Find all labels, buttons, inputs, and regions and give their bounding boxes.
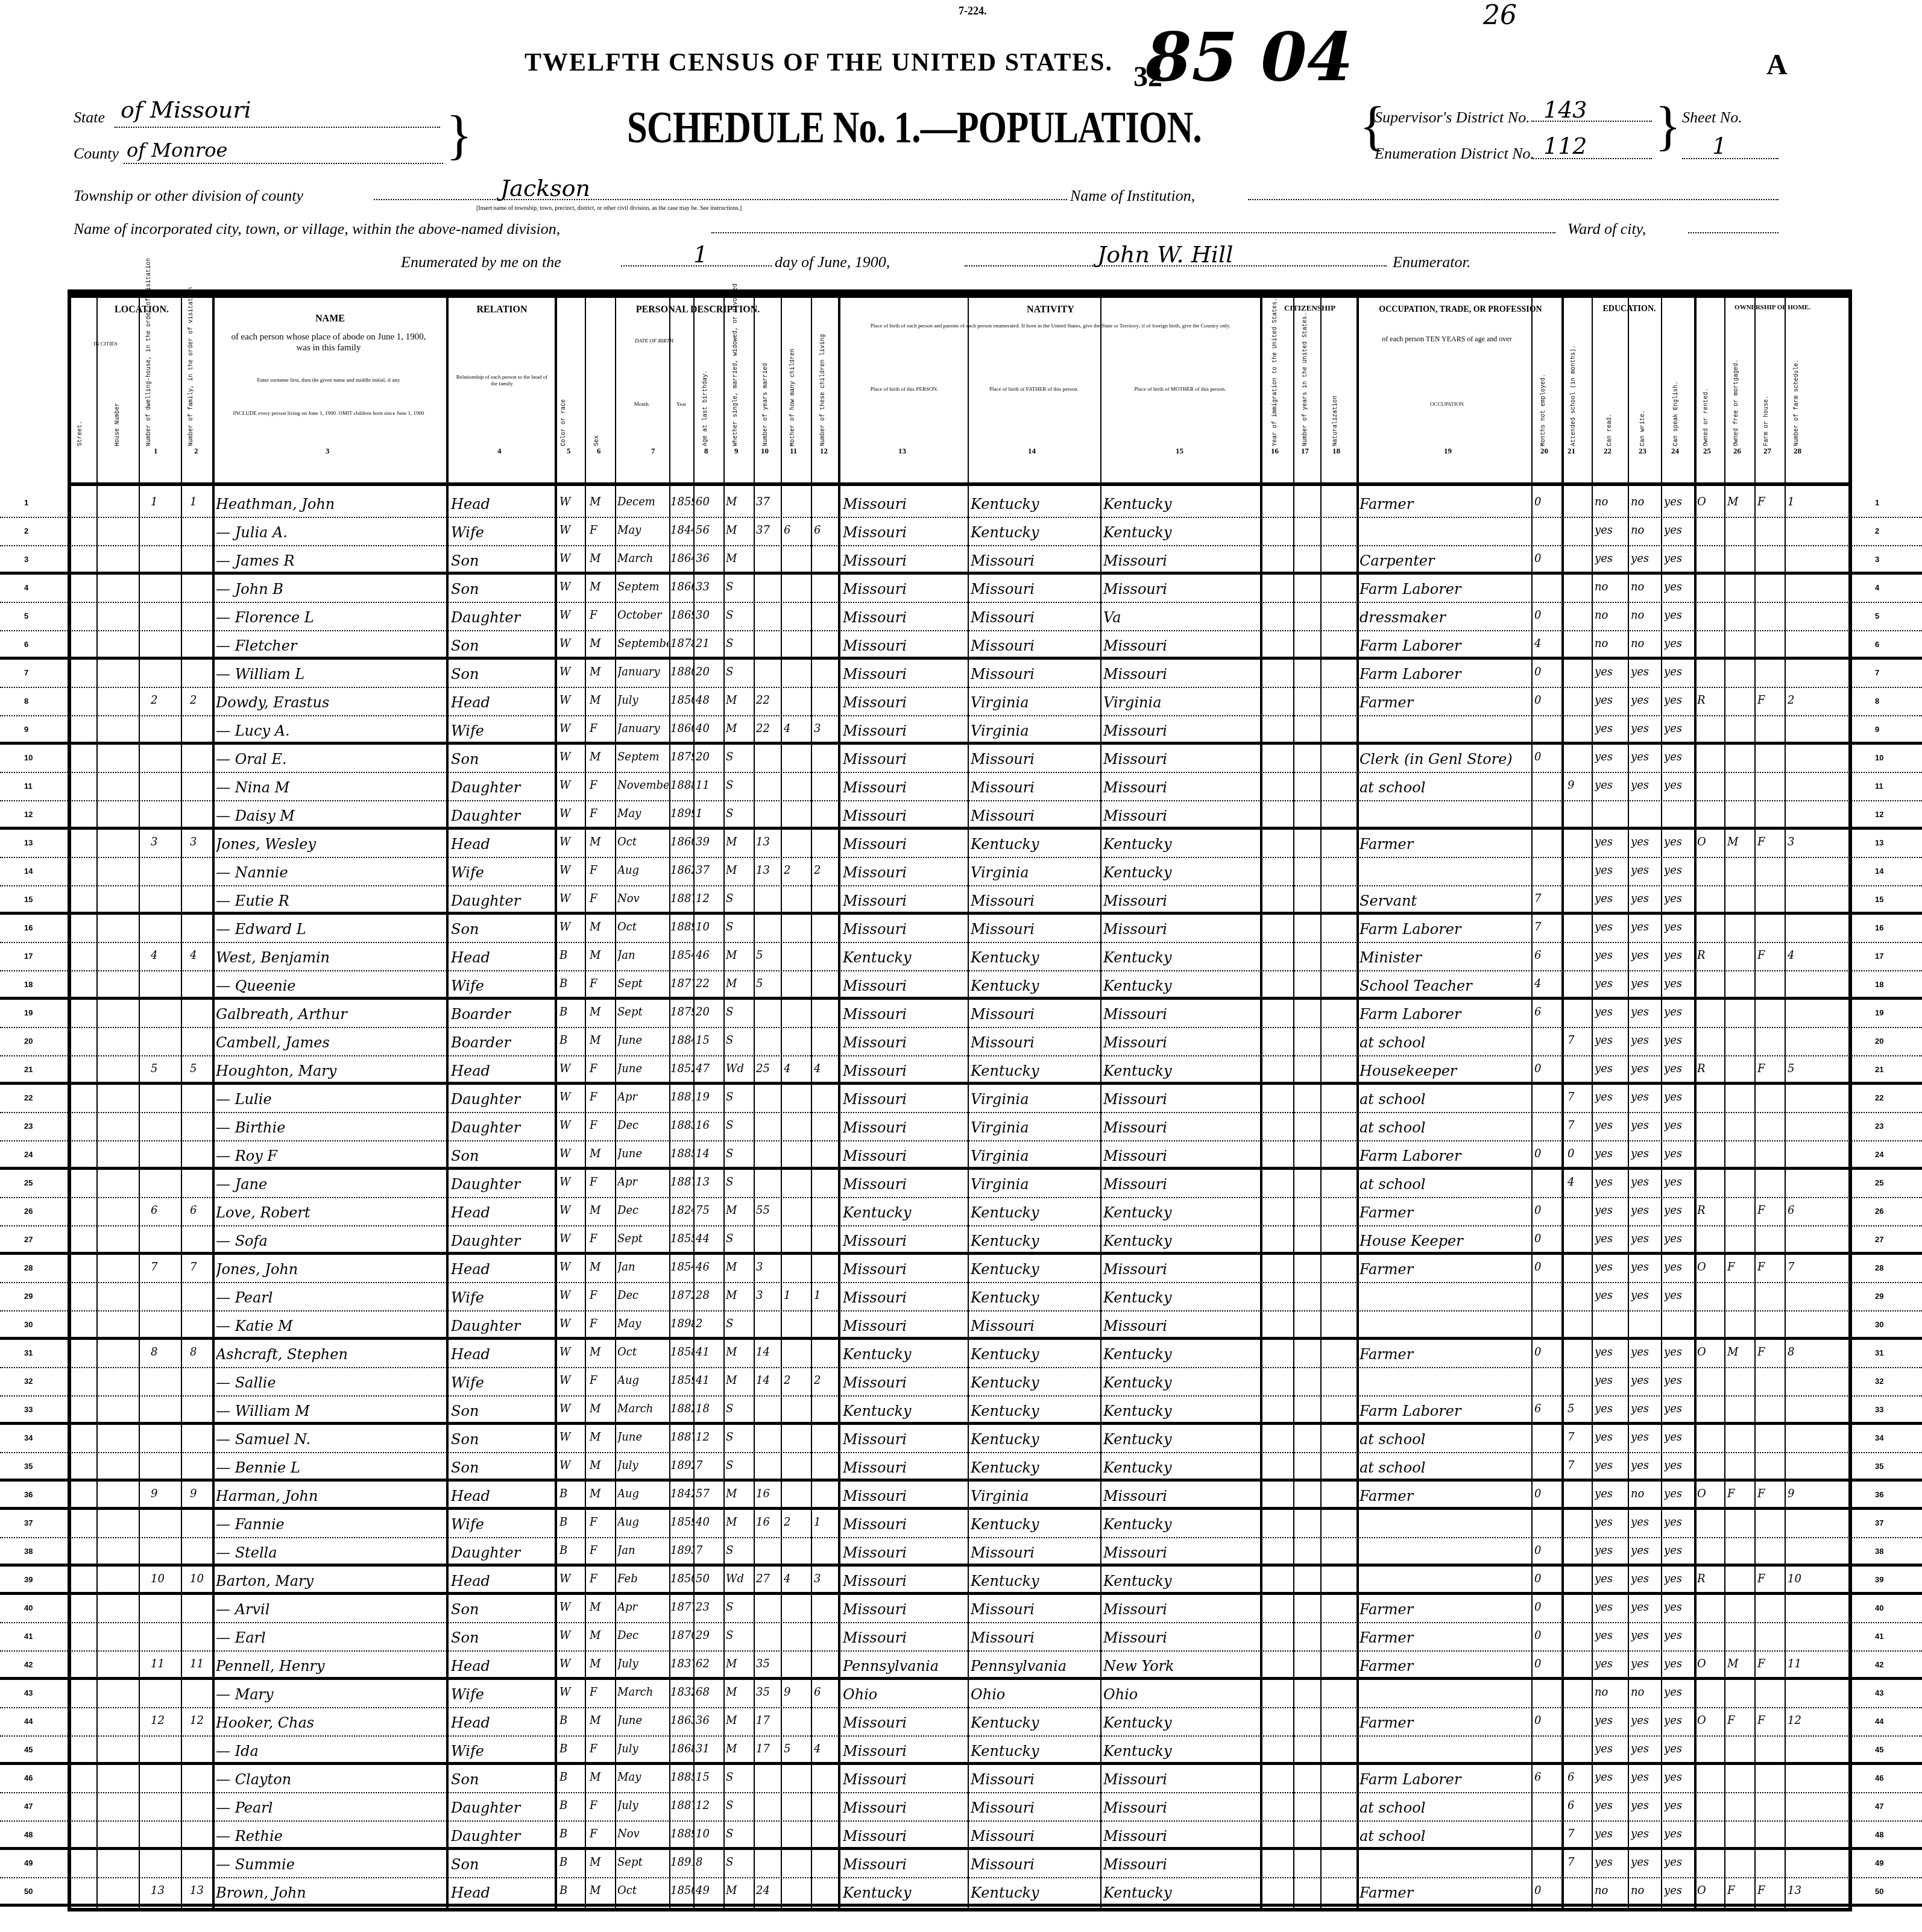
line-number-right: 28 (1875, 1263, 1883, 1272)
cell-fam: 1 (190, 496, 214, 508)
cell-bp: Missouri (843, 1261, 966, 1278)
cell-moc: 9 (784, 1686, 809, 1699)
cell-bm: Kentucky (1103, 864, 1257, 881)
cell-sch: 7 (1568, 1091, 1590, 1103)
line-number-right: 30 (1875, 1320, 1883, 1329)
line-number: 5 (24, 611, 28, 620)
cell-read: yes (1595, 1601, 1626, 1614)
cell-bf: Kentucky (971, 524, 1099, 541)
cell-sex: M (590, 581, 614, 593)
cell-bm: New York (1103, 1658, 1257, 1675)
cell-age: 7 (696, 1459, 722, 1472)
cell-color: W (559, 1403, 584, 1415)
cell-speak: yes (1664, 949, 1693, 962)
cell-fh: F (1757, 1062, 1783, 1075)
cell-fam: 2 (190, 694, 214, 707)
cell-speak: yes (1664, 1488, 1693, 1500)
cell-name: — Nannie (216, 864, 445, 881)
cell-occ: Carpenter (1360, 552, 1530, 569)
table-row: 1111— Nina MDaughterWFNovember188811SMis… (0, 773, 1922, 801)
cell-read: yes (1595, 722, 1626, 735)
hdr-occupation-desc: of each person TEN YEARS of age and over (1363, 335, 1531, 344)
cell-read: yes (1595, 1629, 1626, 1642)
cell-name: Cambell, James (216, 1034, 445, 1051)
cell-year: 1866 (670, 581, 693, 593)
hdr-name-instr2: INCLUDE every person living on June 1, 1… (226, 410, 431, 417)
enumerated-prefix: Enumerated by me on the (401, 253, 561, 271)
archive-stamp: 85 04 (1145, 18, 1353, 96)
cell-year: 1879 (670, 751, 693, 763)
cell-rel: Son (451, 1629, 553, 1646)
cell-rel: Wife (451, 864, 553, 881)
cell-own: O (1697, 1658, 1722, 1670)
cell-age: 23 (696, 1601, 722, 1614)
cell-bf: Virginia (971, 1488, 1099, 1504)
cell-ym: 27 (756, 1573, 780, 1585)
cell-bp: Missouri (843, 1119, 966, 1136)
cell-fh: F (1757, 1488, 1783, 1500)
cell-mu: 0 (1534, 1601, 1558, 1614)
cell-bp: Missouri (843, 1289, 966, 1306)
cell-speak: yes (1664, 1374, 1693, 1387)
cell-age: 2 (696, 1318, 722, 1330)
cell-name: — Samuel N. (216, 1431, 445, 1448)
cell-write: yes (1631, 1601, 1660, 1614)
cell-age: 30 (696, 609, 722, 622)
hdr-owned-rented: Owned or rented. (1703, 362, 1710, 446)
cell-fh: F (1757, 836, 1783, 848)
cell-write: yes (1631, 1006, 1660, 1018)
cell-month: June (617, 1148, 669, 1160)
cell-mar: S (726, 1771, 752, 1784)
cell-read: yes (1595, 1573, 1626, 1585)
cell-color: W (559, 1573, 584, 1585)
line-number-right: 25 (1875, 1178, 1883, 1187)
cell-mu: 0 (1534, 552, 1558, 565)
cell-name: Heathman, John (216, 496, 445, 513)
county-label: County (74, 145, 119, 163)
cell-read: yes (1595, 921, 1626, 933)
cell-read: yes (1595, 779, 1626, 792)
cell-rel: Head (451, 1658, 553, 1675)
cell-sch: 7 (1568, 1828, 1590, 1840)
cell-sch: 7 (1568, 1431, 1590, 1444)
cell-age: 8 (696, 1856, 722, 1869)
cell-name: Harman, John (216, 1488, 445, 1504)
cell-name: — Pearl (216, 1799, 445, 1816)
cell-year: 1877 (670, 1601, 693, 1614)
cell-age: 13 (696, 1176, 722, 1189)
cell-occ: Farm Laborer (1360, 637, 1530, 654)
cell-bf: Kentucky (971, 1459, 1099, 1476)
cell-read: yes (1595, 524, 1626, 537)
cell-write: yes (1631, 722, 1660, 735)
cell-read: yes (1595, 1431, 1626, 1444)
cell-rel: Wife (451, 1289, 553, 1306)
cell-mu: 0 (1534, 1233, 1558, 1245)
table-row: 171744West, BenjaminHeadBMJan185446M5Ken… (0, 943, 1922, 971)
line-number: 6 (24, 640, 28, 649)
cell-bf: Virginia (971, 1119, 1099, 1136)
cell-bm: Ohio (1103, 1686, 1257, 1703)
cell-mar: S (726, 637, 752, 650)
cell-write: yes (1631, 1516, 1660, 1529)
cell-write: yes (1631, 1544, 1660, 1557)
cell-fh: F (1757, 1658, 1783, 1670)
cell-speak: yes (1664, 1346, 1693, 1359)
cell-ym: 17 (756, 1743, 780, 1755)
cell-age: 20 (696, 666, 722, 678)
col-num: 17 (1301, 446, 1309, 456)
enumerated-suffix: day of June, 1900, (775, 253, 890, 271)
cell-dw: 10 (151, 1573, 175, 1585)
cell-month: March (617, 552, 669, 565)
cell-ym: 5 (756, 949, 780, 962)
cell-month: Apr (617, 1091, 669, 1103)
cell-sex: F (590, 807, 614, 820)
cell-month: Jan (617, 1261, 669, 1274)
cell-bp: Missouri (843, 779, 966, 796)
cell-bm: Kentucky (1103, 1289, 1257, 1306)
cell-color: B (559, 977, 584, 990)
table-row: 33— James RSonWMMarch186436MMissouriMiss… (0, 546, 1922, 575)
line-number-right: 1 (1875, 498, 1879, 507)
sheet-letter: A (1766, 48, 1788, 81)
cell-color: W (559, 1261, 584, 1274)
cell-bf: Missouri (971, 779, 1099, 796)
line-number: 30 (24, 1320, 33, 1329)
cell-read: no (1595, 1686, 1626, 1699)
line-number: 4 (24, 583, 28, 592)
hdr-free-mortgaged: Owned free or mortgaged. (1733, 338, 1740, 446)
table-row: 363699Harman, JohnHeadBMAug184257M16Miss… (0, 1482, 1922, 1510)
cell-read: yes (1595, 1459, 1626, 1472)
cell-sch: 0 (1568, 1148, 1590, 1160)
cell-mar: Wd (726, 1062, 752, 1075)
cell-moc: 2 (784, 1516, 809, 1529)
cell-color: W (559, 581, 584, 593)
cell-occ: Farmer (1360, 1488, 1530, 1504)
cell-ym: 14 (756, 1374, 780, 1387)
hdr-dwelling: Number of dwelling-house, in the order o… (146, 332, 153, 446)
cell-cl: 2 (814, 1374, 837, 1387)
cell-ym: 22 (756, 694, 780, 707)
cell-name: — Eutie R (216, 892, 445, 909)
cell-write: yes (1631, 1148, 1660, 1160)
cell-sch: 9 (1568, 779, 1590, 792)
cell-ym: 14 (756, 1346, 780, 1359)
cell-rel: Son (451, 1601, 553, 1618)
cell-bm: Kentucky (1103, 1573, 1257, 1589)
cell-name: — Lulie (216, 1091, 445, 1108)
cell-name: — Julia A. (216, 524, 445, 541)
cell-bp: Missouri (843, 722, 966, 739)
cell-write: yes (1631, 1119, 1660, 1132)
cell-sex: F (590, 1828, 614, 1840)
cell-dw: 13 (151, 1884, 175, 1897)
cell-mu: 6 (1534, 1771, 1558, 1784)
table-row: 262666Love, RobertHeadWMDec182475M55Kent… (0, 1198, 1922, 1226)
cell-speak: yes (1664, 921, 1693, 933)
census-title: TWELFTH CENSUS OF THE UNITED STATES. (525, 48, 1113, 77)
cell-rel: Daughter (451, 779, 553, 796)
cell-read: yes (1595, 552, 1626, 565)
cell-sex: F (590, 1318, 614, 1330)
cell-rel: Son (451, 552, 553, 569)
cell-write: yes (1631, 1629, 1660, 1642)
cell-occ: Minister (1360, 949, 1530, 966)
line-number-right: 24 (1875, 1150, 1883, 1159)
cell-bm: Kentucky (1103, 1233, 1257, 1249)
cell-fam: 3 (190, 836, 214, 848)
line-number-right: 18 (1875, 980, 1883, 989)
cell-speak: yes (1664, 1204, 1693, 1217)
cell-speak: yes (1664, 1629, 1693, 1642)
cell-rel: Boarder (451, 1006, 553, 1023)
col-num: 1 (154, 446, 158, 456)
line-number-right: 40 (1875, 1603, 1883, 1612)
cell-occ: at school (1360, 1176, 1530, 1193)
cell-year: 1852 (670, 1062, 693, 1075)
cell-age: 37 (696, 864, 722, 877)
cell-speak: yes (1664, 609, 1693, 622)
cell-name: Dowdy, Erastus (216, 694, 445, 711)
cell-name: — Nina M (216, 779, 445, 796)
col-num: 9 (734, 446, 739, 456)
cell-name: — Ida (216, 1743, 445, 1760)
cell-bp: Kentucky (843, 1884, 966, 1901)
cell-occ: Farm Laborer (1360, 581, 1530, 598)
cell-bp: Missouri (843, 977, 966, 994)
cell-mar: S (726, 1431, 752, 1444)
line-number-right: 8 (1875, 696, 1879, 706)
line-number: 47 (24, 1802, 33, 1811)
table-row: 44— John BSonWMSeptem186633SMissouriMiss… (0, 575, 1922, 603)
cell-month: July (617, 1743, 669, 1755)
cell-color: W (559, 694, 584, 707)
hdr-color: Color or race (561, 374, 567, 446)
cell-speak: yes (1664, 1771, 1693, 1784)
cell-write: yes (1631, 1771, 1660, 1784)
cell-color: W (559, 1289, 584, 1302)
cell-bf: Missouri (971, 892, 1099, 909)
cell-color: B (559, 1034, 584, 1047)
cell-color: B (559, 1544, 584, 1557)
cell-name: — Lucy A. (216, 722, 445, 739)
line-number-right: 2 (1875, 526, 1879, 535)
line-number: 12 (24, 810, 33, 819)
table-row: 77— William LSonWMJanuary188020SMissouri… (0, 660, 1922, 688)
line-number: 11 (24, 781, 33, 791)
cell-speak: yes (1664, 836, 1693, 848)
cell-year: 1844 (670, 524, 693, 537)
table-row: 2727— SofaDaughterWFSept185544SMissouriK… (0, 1226, 1922, 1255)
cell-color: B (559, 1488, 584, 1500)
cell-bf: Missouri (971, 1601, 1099, 1618)
cell-color: B (559, 1856, 584, 1869)
cell-bp: Missouri (843, 1799, 966, 1816)
cell-mar: M (726, 949, 752, 962)
cell-ym: 16 (756, 1488, 780, 1500)
cell-dw: 4 (151, 949, 175, 962)
cell-read: yes (1595, 694, 1626, 707)
cell-age: 44 (696, 1233, 722, 1245)
line-number: 7 (24, 668, 28, 677)
sheet-value: 1 (1712, 133, 1727, 159)
cell-speak: yes (1664, 977, 1693, 990)
cell-occ: Housekeeper (1360, 1062, 1530, 1079)
cell-year: 1883 (670, 1119, 693, 1132)
cell-sex: M (590, 751, 614, 763)
cell-speak: yes (1664, 552, 1693, 565)
cell-month: Dec (617, 1629, 669, 1642)
cell-sex: F (590, 1374, 614, 1387)
cell-sex: M (590, 666, 614, 678)
cell-month: July (617, 1459, 669, 1472)
cell-month: January (617, 666, 669, 678)
table-row: 4141— EarlSonWMDec187029SMissouriMissour… (0, 1623, 1922, 1652)
hdr-sex: Sex (594, 416, 600, 446)
line-number: 45 (24, 1745, 33, 1754)
line-number-right: 7 (1875, 668, 1879, 677)
cell-month: May (617, 807, 669, 820)
cell-sex: M (590, 1261, 614, 1274)
hdr-years-us: Number of years in the United States. (1302, 338, 1309, 446)
hdr-mother-of: Mother of how many children (790, 338, 796, 446)
cell-write: no (1631, 609, 1660, 622)
cell-bf: Missouri (971, 751, 1099, 768)
cell-rel: Son (451, 1771, 553, 1788)
line-number: 39 (24, 1575, 33, 1584)
cell-occ: at school (1360, 1119, 1530, 1136)
cell-month: July (617, 694, 669, 707)
cell-speak: yes (1664, 1686, 1693, 1699)
archive-stamp-small: 32 (1133, 60, 1162, 93)
cell-sex: F (590, 1544, 614, 1557)
cell-age: 46 (696, 1261, 722, 1274)
line-number-right: 15 (1875, 895, 1883, 904)
col-num: 23 (1639, 446, 1646, 456)
cell-name: — Rethie (216, 1828, 445, 1845)
cell-month: June (617, 1714, 669, 1727)
line-number-right: 35 (1875, 1462, 1883, 1471)
cell-month: June (617, 1062, 669, 1075)
cell-speak: yes (1664, 1658, 1693, 1670)
cell-name: — Katie M (216, 1318, 445, 1334)
cell-name: — Stella (216, 1544, 445, 1561)
cell-color: B (559, 1884, 584, 1897)
cell-age: 15 (696, 1771, 722, 1784)
cell-bp: Missouri (843, 1318, 966, 1334)
cell-name: — Sofa (216, 1233, 445, 1249)
cell-bf: Kentucky (971, 1261, 1099, 1278)
cell-occ: Farmer (1360, 836, 1530, 853)
cell-color: W (559, 779, 584, 792)
cell-ym: 55 (756, 1204, 780, 1217)
line-number: 20 (24, 1037, 33, 1046)
table-row: 212155Houghton, MaryHeadWFJune185247Wd25… (0, 1056, 1922, 1085)
line-number: 38 (24, 1547, 33, 1556)
cell-age: 41 (696, 1374, 722, 1387)
cell-write: yes (1631, 1289, 1660, 1302)
line-number-right: 33 (1875, 1405, 1883, 1414)
cell-bm: Kentucky (1103, 496, 1257, 513)
cell-sex: M (590, 1346, 614, 1359)
township-label: Township or other division of county (74, 187, 303, 205)
line-number-right: 41 (1875, 1632, 1883, 1641)
cell-rel: Son (451, 1459, 553, 1476)
cell-bm: Missouri (1103, 751, 1257, 768)
cell-bm: Missouri (1103, 1034, 1257, 1051)
sheet-label: Sheet No. (1682, 109, 1742, 127)
cell-bp: Missouri (843, 1629, 966, 1646)
cell-rel: Wife (451, 1374, 553, 1391)
cell-month: Sept (617, 1856, 669, 1869)
cell-write: no (1631, 1488, 1660, 1500)
cell-occ: at school (1360, 1459, 1530, 1476)
cell-occ: Farmer (1360, 1714, 1530, 1731)
cell-speak: yes (1664, 1091, 1693, 1103)
col-num: 12 (820, 446, 828, 456)
cell-sch: 6 (1568, 1799, 1590, 1812)
cell-bp: Missouri (843, 1176, 966, 1193)
cell-mar: S (726, 581, 752, 593)
cell-occ: Farmer (1360, 1629, 1530, 1646)
cell-month: March (617, 1403, 669, 1415)
cell-month: Oct (617, 1346, 669, 1359)
cell-write: yes (1631, 1233, 1660, 1245)
cell-year: 1889 (670, 1828, 693, 1840)
cell-mar: S (726, 1856, 752, 1869)
cell-read: yes (1595, 1346, 1626, 1359)
cell-month: November (617, 779, 669, 792)
cell-name: — William M (216, 1403, 445, 1419)
table-row: 2020Cambell, JamesBoarderBMJune188415SMi… (0, 1028, 1922, 1056)
line-number-right: 39 (1875, 1575, 1883, 1584)
cell-bm: Missouri (1103, 1629, 1257, 1646)
cell-occ: Farmer (1360, 1884, 1530, 1901)
line-number-right: 17 (1875, 952, 1883, 961)
cell-month: Apr (617, 1176, 669, 1189)
cell-year: 1891 (670, 1856, 693, 1869)
cell-bf: Virginia (971, 1091, 1099, 1108)
cell-occ: Farm Laborer (1360, 1403, 1530, 1419)
cell-month: Decem (617, 496, 669, 508)
hdr-naturalization: Naturalization (1332, 362, 1339, 446)
line-number-right: 44 (1875, 1717, 1883, 1726)
line-number: 26 (24, 1207, 33, 1216)
cell-age: 11 (696, 779, 722, 792)
cell-rel: Wife (451, 524, 553, 541)
cell-mu: 0 (1534, 1488, 1558, 1500)
cell-sex: M (590, 694, 614, 707)
cell-year: 1877 (670, 977, 693, 990)
cell-fs: 3 (1788, 836, 1848, 848)
cell-write: yes (1631, 1034, 1660, 1047)
cell-bf: Missouri (971, 1318, 1099, 1334)
cell-month: Dec (617, 1119, 669, 1132)
cell-bm: Missouri (1103, 1856, 1257, 1873)
line-number-right: 46 (1875, 1773, 1883, 1782)
col-num: 2 (194, 446, 198, 456)
line-number-right: 9 (1875, 725, 1879, 734)
cell-cl: 4 (814, 1743, 837, 1755)
cell-name: Galbreath, Arthur (216, 1006, 445, 1023)
cell-year: 1888 (670, 779, 693, 792)
cell-age: 47 (696, 1062, 722, 1075)
cell-sex: F (590, 609, 614, 622)
cell-own: R (1697, 1062, 1722, 1075)
